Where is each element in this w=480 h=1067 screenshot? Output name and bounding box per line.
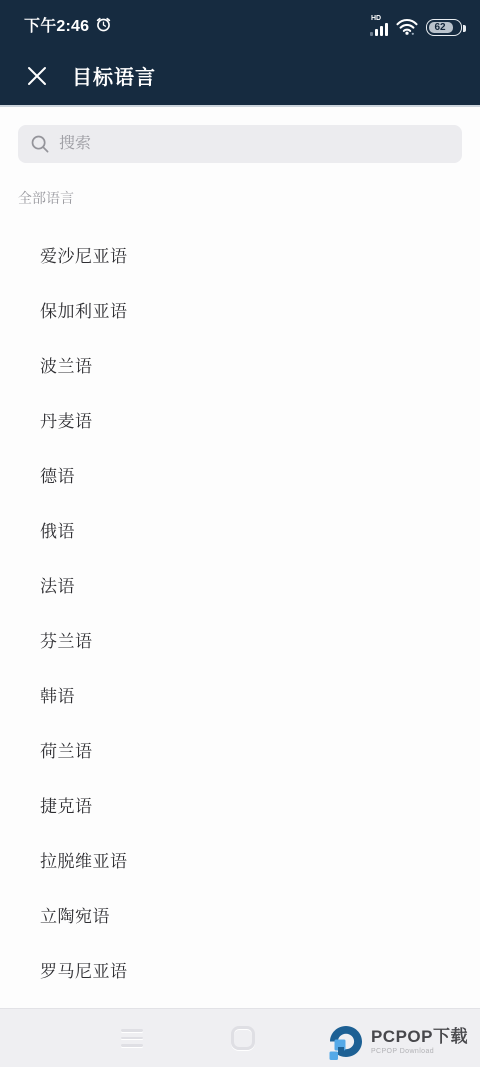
language-item-label: 波兰语 [40, 352, 93, 377]
app-bar: 目标语言 [0, 44, 480, 107]
language-item[interactable]: 立陶宛语 [0, 887, 480, 942]
pcpop-logo-icon [326, 1023, 366, 1065]
menu-nav-icon[interactable] [121, 1029, 143, 1047]
search-icon [30, 134, 50, 154]
watermark-title: PCPOP下载 [371, 1028, 468, 1045]
language-item-label: 荷兰语 [40, 737, 93, 762]
language-item[interactable]: 俄语 [0, 502, 480, 557]
status-time: 下午2:46 [24, 13, 89, 36]
hd-label: HD [371, 15, 381, 22]
language-item[interactable]: 丹麦语 [0, 392, 480, 447]
language-list: 爱沙尼亚语保加利亚语波兰语丹麦语德语俄语法语芬兰语韩语荷兰语捷克语拉脱维亚语立陶… [0, 227, 480, 997]
language-item-label: 立陶宛语 [40, 902, 110, 927]
language-item[interactable]: 波兰语 [0, 337, 480, 392]
page-title: 目标语言 [72, 61, 156, 90]
language-item-label: 韩语 [40, 682, 75, 707]
section-label: 全部语言 [18, 188, 74, 208]
language-item-label: 丹麦语 [40, 407, 93, 432]
watermark-subtitle: PCPOP Download [371, 1048, 468, 1055]
battery-percent: 62 [434, 22, 445, 33]
pcpop-watermark: PCPOP下载 PCPOP Download [326, 1023, 468, 1065]
language-item-label: 德语 [40, 462, 75, 487]
language-item-label: 芬兰语 [40, 627, 93, 652]
language-item[interactable]: 法语 [0, 557, 480, 612]
language-item[interactable]: 芬兰语 [0, 612, 480, 667]
language-item[interactable]: 韩语 [0, 667, 480, 722]
app-header: 下午2:46 HD [0, 0, 480, 107]
language-item[interactable]: 罗马尼亚语 [0, 942, 480, 997]
language-item[interactable]: 爱沙尼亚语 [0, 227, 480, 282]
language-item-label: 保加利亚语 [40, 297, 128, 322]
language-item-label: 爱沙尼亚语 [40, 242, 128, 267]
home-nav-icon[interactable] [231, 1026, 255, 1050]
language-item[interactable]: 德语 [0, 447, 480, 502]
language-item-label: 罗马尼亚语 [40, 957, 128, 982]
language-item-label: 拉脱维亚语 [40, 847, 128, 872]
language-item[interactable]: 荷兰语 [0, 722, 480, 777]
cell-signal-icon: HD [370, 15, 388, 36]
wifi-icon [396, 18, 418, 36]
language-item-label: 法语 [40, 572, 75, 597]
status-bar: 下午2:46 HD [0, 0, 480, 44]
search-input[interactable] [59, 135, 450, 153]
navigation-bar: PCPOP下载 PCPOP Download [0, 1008, 480, 1067]
phone-screen: 下午2:46 HD [0, 0, 480, 1067]
language-item[interactable]: 捷克语 [0, 777, 480, 832]
close-icon[interactable] [20, 59, 54, 93]
language-item-label: 捷克语 [40, 792, 93, 817]
alarm-icon [95, 16, 112, 33]
language-item[interactable]: 保加利亚语 [0, 282, 480, 337]
battery-icon: 62 [426, 19, 462, 36]
language-item[interactable]: 拉脱维亚语 [0, 832, 480, 887]
language-item-label: 俄语 [40, 517, 75, 542]
search-box[interactable] [18, 125, 462, 163]
